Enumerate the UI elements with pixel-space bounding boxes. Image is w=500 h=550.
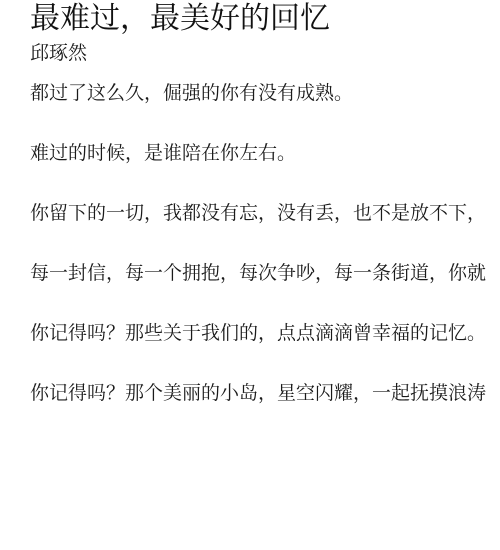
- lyric-line: 你记得吗？那个美丽的小岛，星空闪耀，一起抚摸浪涛: [30, 380, 486, 406]
- song-artist: 邱琢然: [30, 40, 87, 66]
- lyric-line: 都过了这么久，倔强的你有没有成熟。: [30, 80, 353, 106]
- lyric-line: 难过的时候，是谁陪在你左右。: [30, 140, 296, 166]
- song-title: 最难过，最美好的回忆: [30, 0, 330, 38]
- lyric-line: 你留下的一切，我都没有忘，没有丢，也不是放不下，: [30, 200, 486, 226]
- lyric-line: 每一封信，每一个拥抱，每次争吵，每一条街道，你就: [30, 260, 486, 286]
- lyric-line: 你记得吗？那些关于我们的，点点滴滴曾幸福的记忆。: [30, 320, 486, 346]
